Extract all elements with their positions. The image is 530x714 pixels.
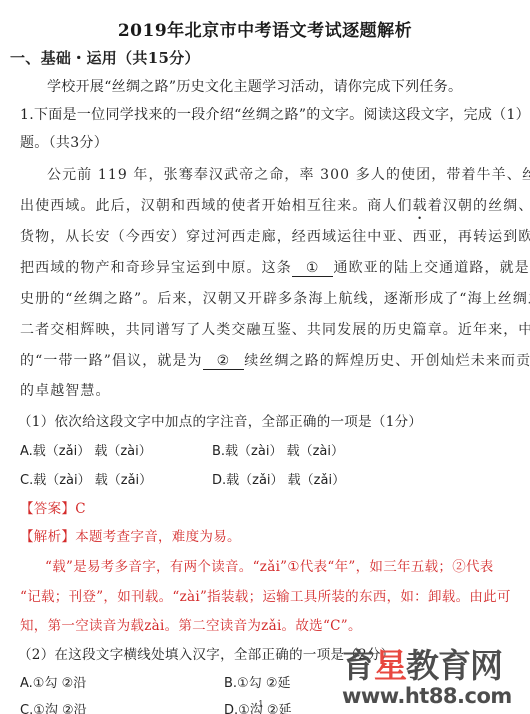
passage-text: 着汉朝的丝绸、漆器等: [428, 198, 530, 214]
watermark-url: www.ht88.com: [342, 684, 527, 708]
watermark-logo: 育星教育网 www.ht88.com: [342, 648, 527, 708]
passage-text: 续丝绸之路的辉煌历史、开创灿烂未来而贡献: [244, 353, 530, 369]
document-page: 2019年北京市中考语文考试逐题解析 一、基础・运用（共15分） 学校开展“丝绸…: [0, 0, 530, 714]
watermark-brand: 育星教育网: [342, 648, 527, 684]
question1-prompt-cont: 题。（共3分）: [20, 132, 108, 152]
passage-line: 把西域的物产和奇珍异宝运到中原。这条①通欧亚的陆上交通道路，就是载入: [20, 257, 530, 277]
option-a: A.载（zǎi） 载（zài）: [20, 440, 152, 459]
passage-line: 的卓越智慧。: [20, 380, 111, 400]
passage-line: 公元前 119 年，张骞奉汉武帝之命，率 300 多人的使团，带着牛羊、丝绸等物…: [47, 164, 530, 184]
analysis-text: “载”是易考多音字，有两个读音。“zǎi”①代表“年”，如三年五载；②代表: [45, 555, 494, 575]
option-b: B.载（zài） 载（zài）: [212, 440, 344, 459]
option-c: C.①沟 ②沿: [20, 699, 87, 714]
page-number: 1: [258, 700, 264, 710]
passage-text: 出使西域。此后，汉朝和西域的使者开始相互往来。商人们: [20, 198, 413, 214]
document-title: 2019年北京市中考语文考试逐题解析: [0, 16, 530, 41]
question1-prompt: 1.下面是一位同学找来的一段介绍“丝绸之路”的文字。阅读这段文字，完成（1）（2…: [20, 104, 530, 124]
passage-text: 通欧亚的陆上交通道路，就是: [333, 260, 529, 276]
passage-line: 的“一带一路”倡议，就是为②续丝绸之路的辉煌历史、开创灿烂未来而贡献: [20, 350, 530, 370]
analysis-text: 知，第一空读音为载zài。第二空读音为zǎi。故选“C”。: [20, 614, 362, 634]
blank-1: ①: [292, 260, 334, 277]
passage-line: 出使西域。此后，汉朝和西域的使者开始相互往来。商人们载着汉朝的丝绸、漆器等: [20, 195, 530, 215]
passage-text: 的“一带一路”倡议，就是为: [20, 353, 203, 369]
blank-2: ②: [203, 353, 245, 370]
passage-line: 史册的“丝绸之路”。后来，汉朝又开辟多条海上航线，逐渐形成了“海上丝绸之路”。: [20, 288, 530, 308]
option-b: B.①勾 ②延: [224, 672, 291, 691]
passage-text: 把西域的物产和奇珍异宝运到中原。这条: [20, 260, 292, 276]
sub1-prompt: （1）依次给这段文字中加点的字注音，全部正确的一项是（1分）: [18, 410, 422, 430]
analysis-text: “记载；刊登”，如刊载。“zài”指装载；运输工具所装的东西，如：卸载。由此可: [20, 585, 511, 605]
passage-line: 二者交相辉映，共同谱写了人类交融互鉴、共同发展的历史篇章。近年来，中国提出: [20, 319, 530, 339]
sub2-prompt: （2）在这段文字横线处填入汉字，全部正确的一项是（2分）: [18, 643, 395, 663]
option-c: C.载（zài） 载（zǎi）: [20, 469, 152, 488]
intro-text: 学校开展“丝绸之路”历史文化主题学习活动，请你完成下列任务。: [47, 76, 462, 96]
passage-line: 货物，从长安（今西安）穿过河西走廊，经西域运往中亚、西亚，再转运到欧洲；又: [20, 226, 530, 246]
answer-label: 【答案】C: [20, 497, 86, 517]
option-d: D.载（zǎi） 载（zǎi）: [212, 469, 345, 488]
analysis-heading: 【解析】本题考查字音，难度为易。: [20, 525, 241, 545]
option-a: A.①勾 ②沿: [20, 672, 86, 691]
dotted-character: 载: [413, 198, 428, 214]
section-heading: 一、基础・运用（共15分）: [10, 47, 200, 68]
